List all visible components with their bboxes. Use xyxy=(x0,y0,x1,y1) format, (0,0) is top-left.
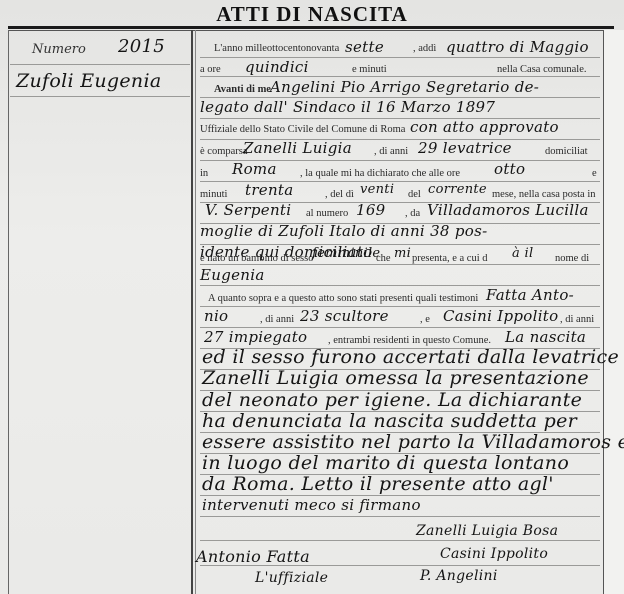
signature-officer-label: L'uffiziale xyxy=(255,570,328,586)
printed-text: , da xyxy=(405,208,420,219)
handwritten-text: à il xyxy=(512,246,533,261)
right-margin xyxy=(604,30,624,594)
printed-text: in xyxy=(200,168,208,179)
handwritten-text: legato dall' Sindaco il 16 Marzo 1897 xyxy=(200,98,495,116)
registrant-name: Zufoli Eugenia xyxy=(16,70,161,92)
handwritten-text: da Roma. Letto il presente atto agl' xyxy=(202,473,554,495)
handwritten-text: Zanelli Luigia xyxy=(243,139,352,157)
printed-text: minuti xyxy=(200,189,227,200)
handwritten-text: La nascita xyxy=(505,328,586,346)
header-rule-thin xyxy=(8,30,614,31)
printed-text: mese, nella casa posta in xyxy=(492,189,596,200)
signature-witness-2: Casini Ippolito xyxy=(440,546,548,562)
handwritten-text: moglie di Zufoli Italo di anni 38 pos- xyxy=(200,222,487,240)
signature-midwife: Zanelli Luigia Bosa xyxy=(416,523,558,539)
margin-rule xyxy=(10,64,190,65)
printed-text: domiciliat xyxy=(545,146,588,157)
handwritten-text: 23 scultore xyxy=(300,307,389,325)
handwritten-text: sette xyxy=(345,38,384,56)
ruled-line xyxy=(200,516,600,517)
handwritten-text: Roma xyxy=(232,160,277,178)
printed-text: a ore xyxy=(200,64,221,75)
printed-text: , di anni xyxy=(260,314,294,325)
handwritten-text: trenta xyxy=(245,181,294,199)
printed-text: , la quale mi ha dichiarato che alle ore xyxy=(300,168,460,179)
printed-text: L'anno milleottocentonovanta xyxy=(214,43,339,54)
handwritten-text: 29 levatrice xyxy=(418,139,512,157)
handwritten-text: ed il sesso furono accertati dalla levat… xyxy=(202,346,619,368)
printed-text: Avanti di me xyxy=(214,84,271,95)
ruled-line xyxy=(200,76,600,77)
printed-text: del xyxy=(408,189,421,200)
margin-rule xyxy=(10,96,190,97)
handwritten-text: otto xyxy=(494,160,525,178)
printed-text: , entrambi residenti in questo Comune. xyxy=(328,335,491,346)
signature-officer: P. Angelini xyxy=(420,568,498,584)
printed-text: presenta, e a cui d xyxy=(412,253,488,264)
printed-text: nella Casa comunale. xyxy=(497,64,587,75)
handwritten-text: V. Serpenti xyxy=(205,201,291,219)
column-divider-thin xyxy=(195,30,196,594)
printed-text: che xyxy=(376,253,391,264)
printed-text: , di anni xyxy=(560,314,594,325)
column-divider xyxy=(191,30,193,594)
handwritten-text: 27 impiegato xyxy=(204,328,307,346)
printed-text: è comparsa xyxy=(200,146,248,157)
birth-record-page: ATTI DI NASCITA Numero 2015 Zufoli Eugen… xyxy=(0,0,624,594)
printed-text: A quanto sopra e a questo atto sono stat… xyxy=(208,293,478,304)
numero-value: 2015 xyxy=(118,36,165,57)
handwritten-text: in luogo del marito di questa lontano xyxy=(202,452,569,474)
printed-text: , di anni xyxy=(374,146,408,157)
handwritten-text: 169 xyxy=(356,201,386,219)
printed-text: , del dì xyxy=(325,189,354,200)
handwritten-text: Eugenia xyxy=(200,266,265,284)
handwritten-text: venti xyxy=(360,182,394,197)
printed-text: è nato un bambino di sesso xyxy=(200,253,313,264)
handwritten-text: del neonato per igiene. La dichiarante xyxy=(202,389,582,411)
handwritten-text: intervenuti meco si firmano xyxy=(202,496,421,514)
handwritten-text: quindici xyxy=(245,58,309,76)
handwritten-text: ha denunciata la nascita suddetta per xyxy=(202,410,577,432)
signature-witness: Antonio Fatta xyxy=(196,547,310,566)
handwritten-text: essere assistito nel parto la Villadamor… xyxy=(202,431,624,453)
handwritten-text: Casini Ippolito xyxy=(443,307,558,325)
ruled-line xyxy=(200,540,600,541)
handwritten-text: Fatta Anto- xyxy=(486,286,574,304)
handwritten-text: con atto approvato xyxy=(410,118,559,136)
handwritten-text: Villadamoros Lucilla xyxy=(427,201,589,219)
printed-text: nome di xyxy=(555,253,589,264)
printed-text: al numero xyxy=(306,208,348,219)
printed-text: e minuti xyxy=(352,64,387,75)
handwritten-text: corrente xyxy=(428,182,487,197)
printed-text: e xyxy=(592,168,597,179)
handwritten-text: nio xyxy=(204,307,228,325)
numero-label: Numero xyxy=(32,42,86,57)
handwritten-text: quattro di Maggio xyxy=(446,38,589,56)
ruled-line xyxy=(200,264,600,265)
handwritten-text: Angelini Pio Arrigo Segretario de- xyxy=(270,78,539,96)
printed-text: , addì xyxy=(413,43,436,54)
printed-text: Uffiziale dello Stato Civile del Comune … xyxy=(200,124,405,135)
handwritten-text: mi xyxy=(394,246,411,261)
handwritten-text: femminile xyxy=(312,246,380,261)
page-title: ATTI DI NASCITA xyxy=(0,2,624,27)
left-border xyxy=(8,30,9,594)
printed-text: , e xyxy=(420,314,430,325)
header-rule xyxy=(8,26,614,29)
handwritten-text: Zanelli Luigia omessa la presentazione xyxy=(202,367,589,389)
